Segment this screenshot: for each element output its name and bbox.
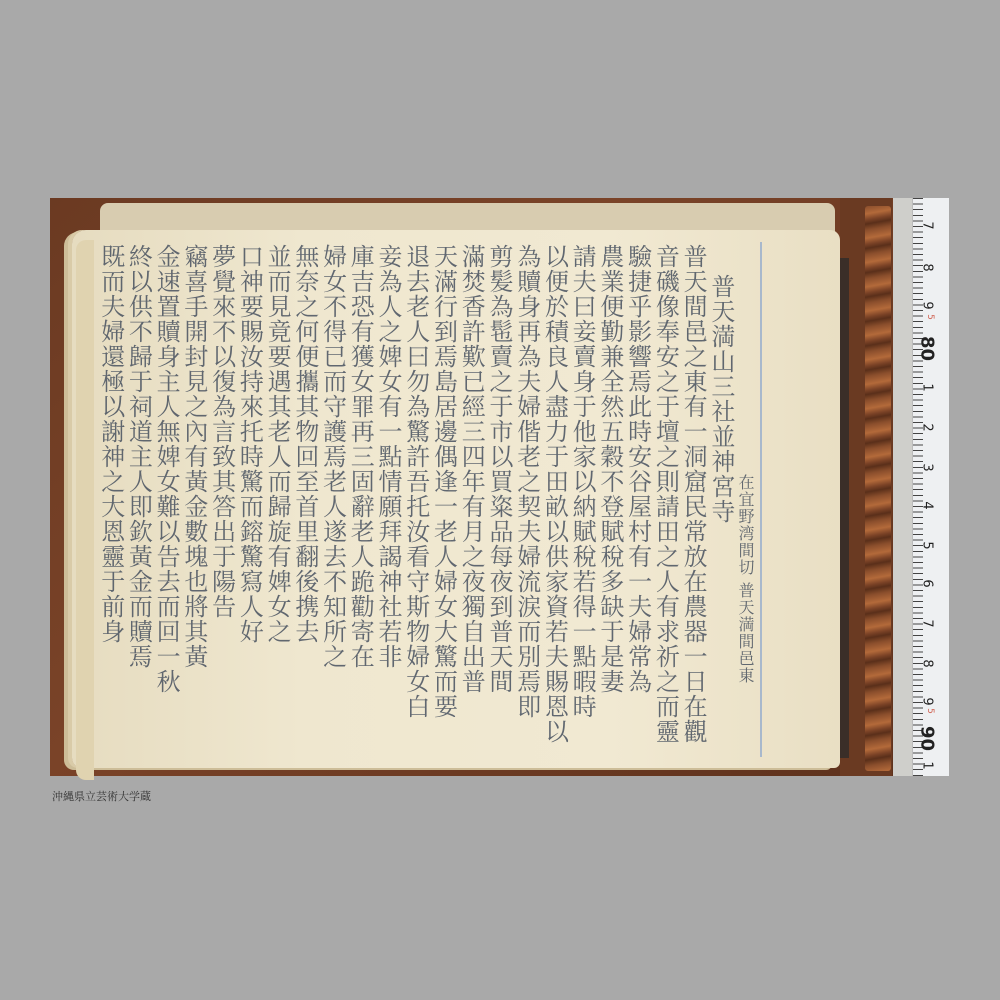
ruler-label: 90 — [917, 724, 938, 754]
text-column: 妾為人之婢女有一點情願拜謁神社若非 — [377, 244, 403, 759]
ruler-label: 3 — [920, 453, 935, 483]
ruler-label: 8 — [920, 253, 935, 283]
ruler-label: 7 — [920, 609, 935, 639]
ruler-label: 4 — [920, 491, 935, 521]
text-column: 農業便勤兼全然五穀不登賦稅多缺于是妻 — [599, 244, 625, 759]
text-column: 滿焚香許歎已經三四年有月之夜獨自出普 — [461, 244, 487, 759]
text-columns: 在宜野湾間切 普天満間邑東 普天満山三社並神宮寺 普天間邑之東有一洞窟民常放在農… — [100, 244, 755, 759]
text-column: 普天間邑之東有一洞窟民常放在農器一日在觀 — [682, 244, 708, 759]
side-note: 在宜野湾間切 普天満間邑東 — [738, 244, 755, 989]
text-column: 竊喜手開封見之內有黃金數塊也將其黃 — [183, 244, 209, 759]
ruler-red-mark: 5 — [925, 314, 935, 320]
leather-lacing — [865, 206, 891, 771]
page-edge — [76, 240, 94, 780]
manuscript-photo: 在宜野湾間切 普天満間邑東 普天満山三社並神宮寺 普天間邑之東有一洞窟民常放在農… — [50, 198, 950, 776]
text-column: 婦女不得已而守護焉老人遂去不知所之 — [322, 244, 348, 759]
ruler-label: 1 — [920, 373, 935, 403]
text-column: 為贖身再為夫婦偕老之契夫婦流涙而別焉即 — [516, 244, 542, 759]
collection-caption: 沖縄県立芸術大学蔵 — [52, 788, 151, 804]
text-column: 剪髪為髢賣之于市以買粢品每夜到普天間 — [488, 244, 514, 759]
ruler-label: 8 — [920, 649, 935, 679]
text-column: 音磯像奉安之于壇之則請田之人有求祈之而靈 — [655, 244, 681, 759]
ruler-label: 7 — [920, 211, 935, 241]
text-column: 口神要賜汝持來托時驚而鎔驚寫人好 — [239, 244, 265, 759]
text-column: 請夫曰妾賣身于他家以納賦稅若得一點暇時 — [571, 244, 597, 759]
text-column: 終以供不歸于祠道主人即欽黃金而贖焉 — [128, 244, 154, 759]
text-column: 無奈之何便攜其物回至首里翻後携去 — [294, 244, 320, 759]
text-column: 以便於積良人盡力于田畝以供家資若夫賜恩以 — [544, 244, 570, 759]
manuscript-page: 在宜野湾間切 普天満間邑東 普天満山三社並神宮寺 普天間邑之東有一洞窟民常放在農… — [72, 230, 840, 768]
ruler-label: 80 — [917, 334, 938, 364]
title-column: 普天満山三社並神宮寺 — [710, 244, 736, 789]
margin-rule — [760, 242, 762, 757]
text-column: 既而夫婦還極以謝神之大恩靈于前身 — [100, 244, 126, 759]
ruler-label: 2 — [920, 413, 935, 443]
ruler-label: 6 — [920, 569, 935, 599]
text-column: 金速置贖身主人無婢女難以告去而回一秋 — [155, 244, 181, 759]
text-column: 天滿行到焉島居邊偶逢一老人婦女大驚而要 — [433, 244, 459, 759]
text-column: 退去老人曰勿為驚許吾托汝看守斯物婦女白 — [405, 244, 431, 759]
text-column: 庫吉恐有獲女罪再三固辭老人跪勸寄在 — [350, 244, 376, 759]
ruler-label: 5 — [920, 531, 935, 561]
ruler-red-mark: 5 — [925, 708, 935, 714]
text-column: 並而見竟要遇其老人而歸旋有婢女之 — [266, 244, 292, 759]
ruler-label: 1 — [920, 751, 935, 781]
text-column: 驗捷乎影響焉此時安谷屋村有一夫婦常為 — [627, 244, 653, 759]
text-column: 夢覺來不以復為言致其答出于陽告 — [211, 244, 237, 759]
